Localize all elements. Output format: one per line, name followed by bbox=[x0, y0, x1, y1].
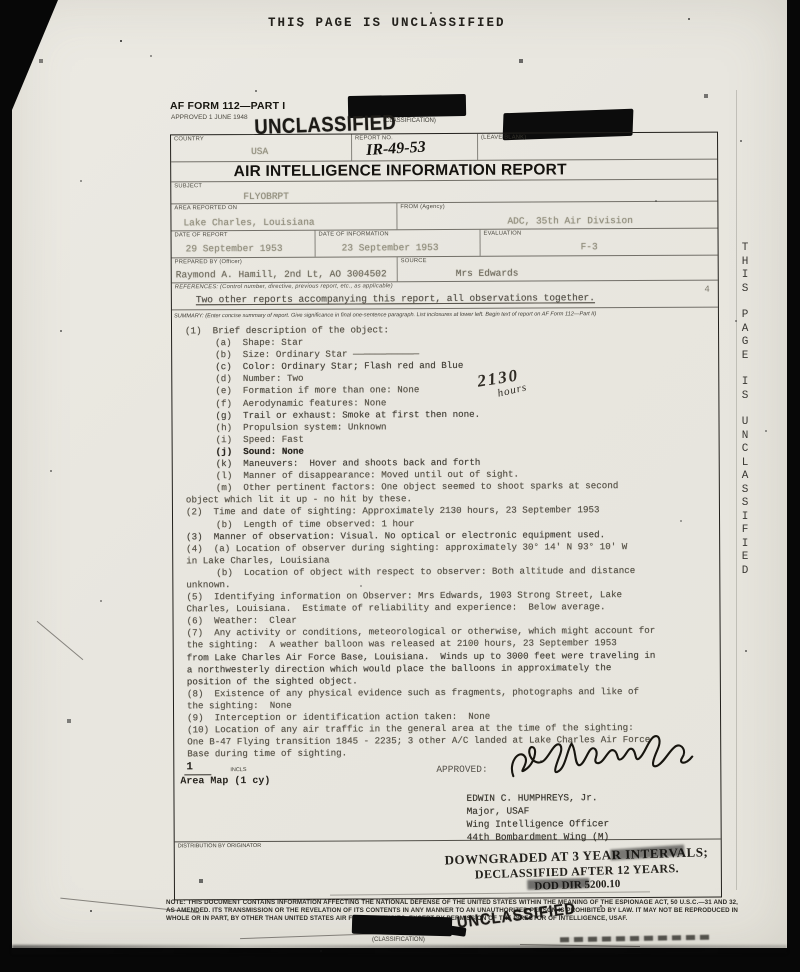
from-agency-cell: FROM (Agency) ADC, 35th Air Division bbox=[396, 202, 717, 230]
date-of-report-cell: DATE OF REPORT 29 September 1953 bbox=[172, 231, 315, 258]
subject-row: SUBJECT FLYOBRPT bbox=[171, 180, 717, 205]
signature-block: EDWIN C. HUMPHREYS, Jr.Major, USAFWing I… bbox=[466, 791, 609, 844]
from-agency-label: FROM (Agency) bbox=[400, 204, 445, 210]
classification-label: (CLASSIFICATION) bbox=[372, 937, 425, 943]
vertical-char: T bbox=[738, 242, 752, 256]
vertical-char bbox=[738, 403, 752, 416]
vertical-char: P bbox=[738, 309, 752, 323]
scan-corner-shadow bbox=[12, 0, 58, 110]
report-body: (1) Brief description of the object:(a) … bbox=[172, 320, 720, 762]
prepared-by-label: PREPARED BY (Officer) bbox=[175, 259, 242, 265]
form-bottom-zone: 1 INCLS Area Map (1 cy) APPROVED: EDWIN … bbox=[174, 759, 721, 900]
vertical-char: F bbox=[738, 524, 752, 538]
vertical-char: U bbox=[738, 416, 752, 430]
vertical-char: L bbox=[738, 457, 752, 471]
distribution-divider bbox=[175, 839, 721, 843]
source-value: Mrs Edwards bbox=[456, 268, 519, 279]
vertical-char: G bbox=[738, 336, 752, 350]
area-value: Lake Charles, Louisiana bbox=[183, 217, 314, 229]
country-label: COUNTRY bbox=[174, 136, 204, 142]
inclosure-count: 1 bbox=[184, 761, 211, 775]
vertical-char: C bbox=[738, 443, 752, 457]
vertical-char: H bbox=[738, 256, 752, 270]
vertical-char: S bbox=[738, 283, 752, 297]
vertical-char: I bbox=[738, 538, 752, 552]
evaluation-value: F-3 bbox=[581, 241, 598, 252]
vertical-char: D bbox=[738, 565, 752, 579]
inclosure-count-label: INCLS bbox=[230, 767, 246, 773]
subject-label: SUBJECT bbox=[174, 183, 202, 189]
vertical-char bbox=[738, 296, 752, 309]
references-value: Two other reports accompanying this repo… bbox=[196, 292, 595, 305]
vertical-char bbox=[738, 363, 752, 376]
date-of-information-cell: DATE OF INFORMATION 23 September 1953 bbox=[315, 230, 480, 257]
area-from-row: AREA REPORTED ON Lake Charles, Louisiana… bbox=[171, 202, 717, 232]
date-of-information-label: DATE OF INFORMATION bbox=[319, 231, 389, 237]
ink-smudge bbox=[527, 878, 589, 890]
header-row-country: COUNTRY USA REPORT NO. IR-49-53 (LEAVE B… bbox=[171, 133, 717, 163]
vertical-char: I bbox=[738, 269, 752, 283]
typed-line: Major, USAF bbox=[467, 804, 610, 818]
stray-mark: 4 bbox=[704, 285, 709, 295]
prepared-source-row: PREPARED BY (Officer) Raymond A. Hamill,… bbox=[172, 256, 718, 284]
subject-value: FLYOBRPT bbox=[243, 191, 289, 202]
redaction-bar bbox=[352, 915, 452, 937]
vertical-char: S bbox=[738, 497, 752, 511]
vertical-char: I bbox=[738, 511, 752, 525]
dates-row: DATE OF REPORT 29 September 1953 DATE OF… bbox=[172, 229, 718, 259]
approved-label: APPROVED: bbox=[436, 764, 487, 775]
date-of-information-value: 23 September 1953 bbox=[342, 242, 439, 254]
top-banner: THIS PAGE IS UNCLASSIFIED bbox=[268, 16, 506, 30]
prepared-by-value: Raymond A. Hamill, 2nd Lt, AO 3004502 bbox=[176, 268, 387, 280]
area-cell: AREA REPORTED ON Lake Charles, Louisiana bbox=[171, 203, 396, 230]
country-value: USA bbox=[251, 146, 268, 157]
vertical-char: N bbox=[738, 430, 752, 444]
form-number: AF FORM 112—PART I bbox=[170, 100, 285, 112]
report-no-value: IR-49-53 bbox=[366, 139, 426, 160]
references-label: REFERENCES: (Control number, directive, … bbox=[175, 283, 393, 290]
paper-speckles bbox=[0, 0, 2, 2]
signature-stroke bbox=[510, 732, 693, 779]
country-cell: COUNTRY USA bbox=[171, 134, 351, 161]
air-intelligence-form: COUNTRY USA REPORT NO. IR-49-53 (LEAVE B… bbox=[170, 132, 722, 901]
vertical-char: E bbox=[738, 551, 752, 565]
report-no-cell: REPORT NO. IR-49-53 bbox=[351, 134, 477, 161]
area-label: AREA REPORTED ON bbox=[174, 205, 237, 211]
paper-crease bbox=[736, 90, 737, 890]
evaluation-label: EVALUATION bbox=[484, 231, 522, 237]
from-agency-value: ADC, 35th Air Division bbox=[507, 215, 632, 227]
form-approved-date: APPROVED 1 JUNE 1948 bbox=[171, 114, 248, 121]
vertical-char: E bbox=[738, 350, 752, 364]
title-row: AIR INTELLIGENCE INFORMATION REPORT bbox=[171, 160, 717, 183]
downgrade-stamp: DOWNGRADED AT 3 YEAR INTERVALS; DECLASSI… bbox=[442, 844, 711, 895]
typed-line: EDWIN C. HUMPHREYS, Jr. bbox=[466, 791, 609, 805]
typed-line: Wing Intelligence Officer bbox=[467, 817, 610, 831]
evaluation-cell: EVALUATION F-3 bbox=[480, 229, 718, 256]
references-cell: REFERENCES: (Control number, directive, … bbox=[172, 281, 718, 310]
side-banner: THISPAGEISUNCLASSIFIED bbox=[738, 242, 752, 578]
date-of-report-label: DATE OF REPORT bbox=[175, 232, 228, 238]
subject-cell: SUBJECT FLYOBRPT bbox=[171, 180, 717, 204]
vertical-char: A bbox=[738, 470, 752, 484]
leave-blank-label: (LEAVE BLANK) bbox=[481, 135, 526, 141]
prepared-by-cell: PREPARED BY (Officer) Raymond A. Hamill,… bbox=[172, 257, 397, 282]
inclosure-item: Area Map (1 cy) bbox=[180, 776, 270, 787]
vertical-char: A bbox=[738, 323, 752, 337]
references-row: REFERENCES: (Control number, directive, … bbox=[172, 281, 718, 311]
vertical-char: S bbox=[738, 484, 752, 498]
leave-blank-cell: (LEAVE BLANK) bbox=[477, 133, 717, 160]
vertical-char: I bbox=[738, 376, 752, 390]
distribution-label: DISTRIBUTION BY ORIGINATOR bbox=[178, 843, 261, 849]
form-title: AIR INTELLIGENCE INFORMATION REPORT bbox=[127, 160, 673, 182]
source-label: SOURCE bbox=[401, 258, 427, 264]
vertical-char: S bbox=[738, 390, 752, 404]
typed-line: 44th Bombardment Wing (M) bbox=[467, 830, 610, 844]
scan-bottom-smudge bbox=[12, 945, 787, 954]
source-cell: SOURCE Mrs Edwards bbox=[397, 256, 718, 282]
date-of-report-value: 29 September 1953 bbox=[186, 243, 283, 255]
